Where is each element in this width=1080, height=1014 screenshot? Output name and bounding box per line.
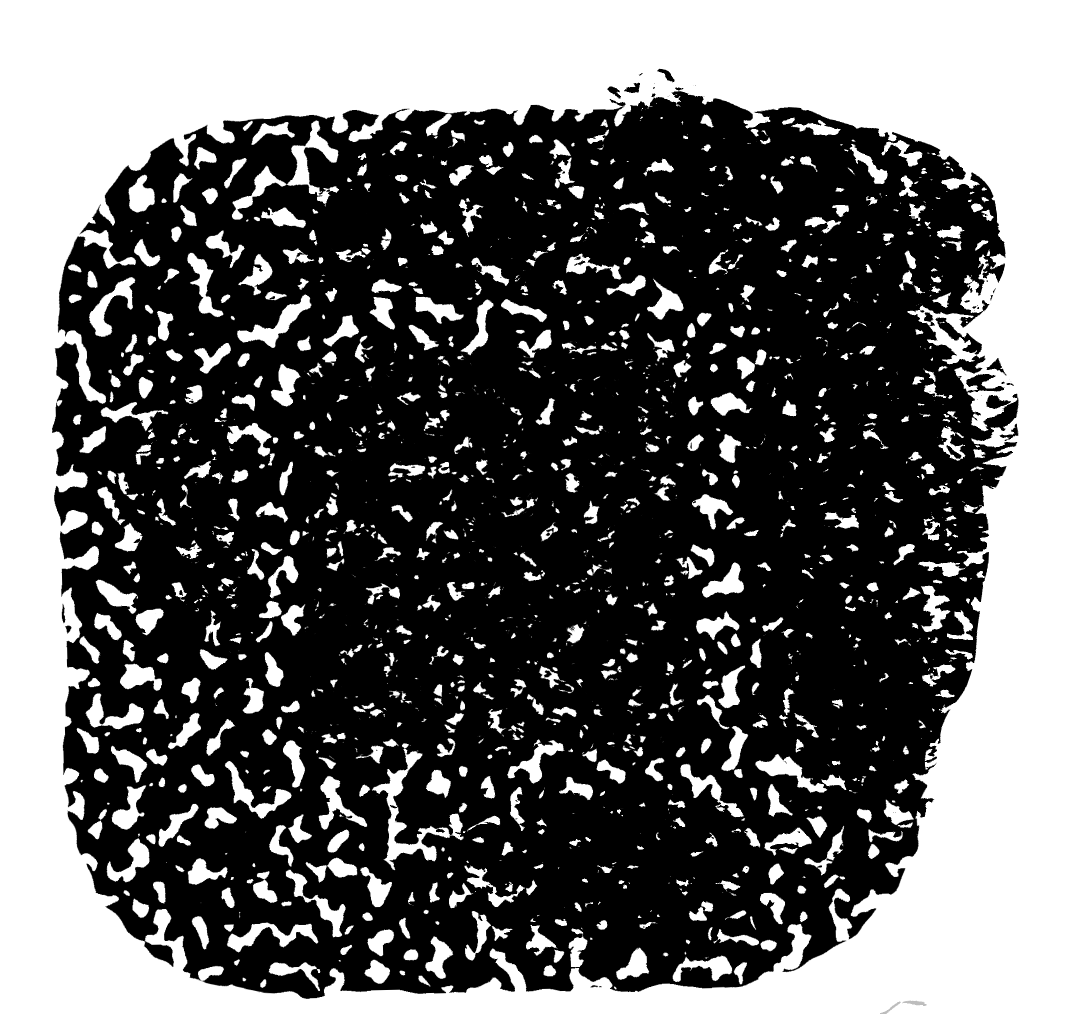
rubbing-svg <box>0 0 1080 1014</box>
seal-rubbing-figure <box>0 0 1080 1014</box>
seal-characters-shape-10 <box>314 665 348 669</box>
seal-characters-shape-28 <box>578 586 644 591</box>
seal-characters-shape-20 <box>609 379 661 384</box>
seal-characters-shape-22 <box>639 400 640 454</box>
seal-characters-shape-0 <box>358 359 361 495</box>
seal-characters-shape-24 <box>611 463 655 468</box>
seal-characters-shape-12 <box>315 727 353 731</box>
seal-characters-shape-29 <box>578 612 644 617</box>
seal-characters-shape-13 <box>318 750 373 755</box>
rubbing-layers <box>0 0 1080 1014</box>
seal-characters-shape-11 <box>314 699 356 704</box>
seal-characters-shape-9 <box>313 639 351 644</box>
seal-characters-shape-30 <box>577 637 651 643</box>
faint-bottom-smudge-shape-1 <box>901 1002 919 1010</box>
seal-characters-shape-32 <box>625 668 626 702</box>
faint-bottom-smudge-shape-0 <box>876 999 900 1009</box>
seal-characters-shape-27 <box>577 560 643 565</box>
